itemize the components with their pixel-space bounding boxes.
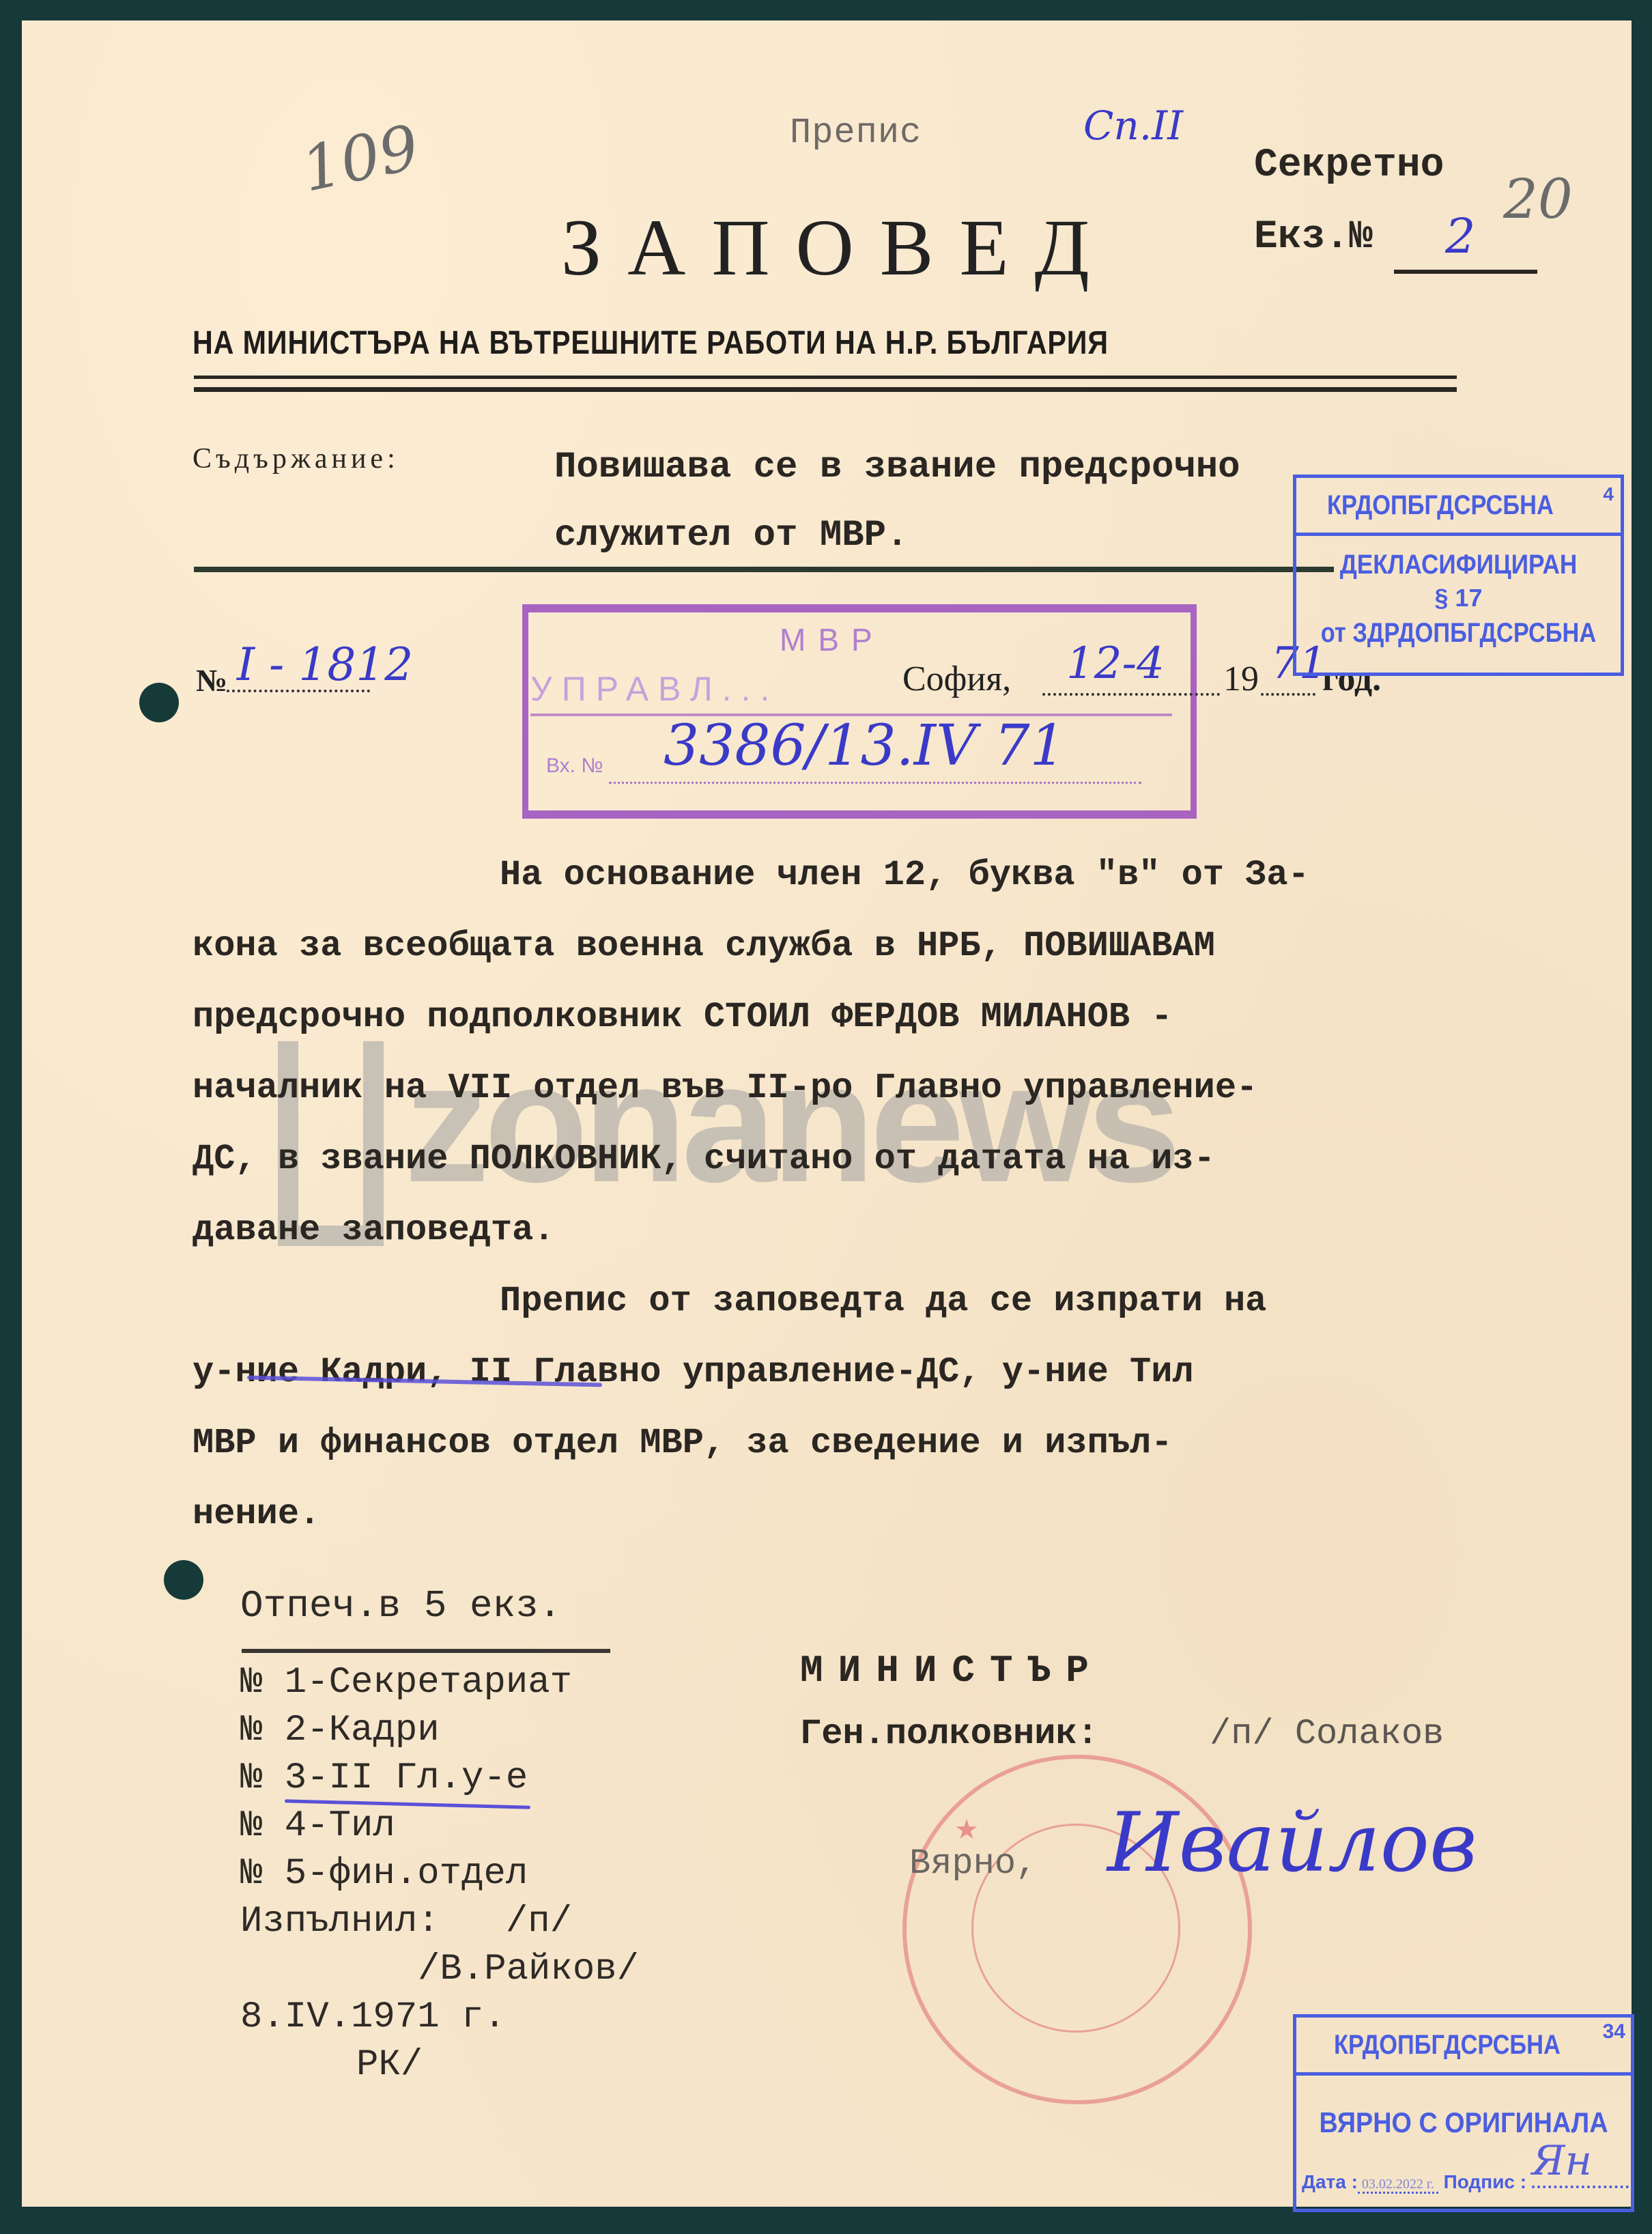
distribution-heading-underline [242, 1649, 610, 1653]
typist-initials: РК/ [240, 2041, 639, 2089]
declass-stamp-status: ДЕКЛАСИФИЦИРАН [1316, 550, 1601, 580]
place-label: София, [902, 659, 1011, 699]
verify-sign-dots [1532, 2186, 1634, 2188]
distribution-item: № 1-Секретариат [240, 1659, 639, 1707]
copy-number-underline [1394, 270, 1537, 274]
summary-label: Съдържание: [193, 442, 399, 475]
verify-signature: Ян [1532, 2137, 1592, 2185]
copy-number-label: Екз.№ [1254, 215, 1373, 259]
document-subtitle: НА МИНИСТЪРА НА ВЪТРЕШНИТЕ РАБОТИ НА Н.Р… [193, 324, 1109, 362]
registry-stamp-dots [609, 782, 1141, 784]
declass-stamp-law: от ЗДРДОПБГДСРСБНА [1319, 618, 1598, 649]
verify-sign-label: Подпис : [1444, 2171, 1526, 2192]
order-body: На основание член 12, буква "в" от За- к… [193, 840, 1626, 1550]
blue-annotation: Сп.II [1083, 102, 1183, 149]
body-p2-line: Препис от заповедта да се изпрати на [193, 1266, 1626, 1337]
pencil-annotation-109: 109 [296, 111, 425, 206]
order-number-value: I - 1812 [237, 638, 413, 691]
body-p1-line: началник на VII отдел във II-ро Главно у… [193, 1053, 1626, 1124]
verify-stamp-text: ВЯРНО С ОРИГИНАЛА [1313, 2106, 1614, 2139]
document-title: ЗАПОВЕД [561, 201, 1115, 294]
year-prefix: 19 [1223, 659, 1259, 699]
declass-stamp-code: КРДОПБГДСРСБНА [1327, 490, 1554, 521]
minister-signed: /п/ Солаков [1210, 1714, 1444, 1754]
minister-title: МИНИСТЪР [800, 1649, 1104, 1693]
copy-number-value: 2 [1445, 208, 1476, 264]
star-icon: ★ [954, 1813, 979, 1846]
distribution-list: № 1-Секретариат № 2-Кадри № 3-II Гл.у-е … [240, 1659, 639, 2089]
body-p1-line: кона за всеобщата военна служба в НРБ, П… [193, 911, 1626, 982]
distribution-item: № 5-фин.отдел [240, 1850, 639, 1898]
copy-mark: Препис [790, 113, 922, 153]
certified-label: Вярно, [909, 1843, 1037, 1884]
declass-stamp-number: 4 [1603, 483, 1614, 505]
punch-hole-bottom [164, 1560, 203, 1600]
verify-stamp-number: 34 [1603, 2020, 1625, 2044]
minister-rank: Ген.полковник: [800, 1714, 1098, 1754]
executed-by: Изпълнил: /п/ [240, 1898, 639, 1946]
header-rule-bottom [194, 387, 1457, 392]
body-p2-line: у-ние Кадри, II Главно управление-ДС, у-… [193, 1337, 1626, 1408]
year-dots [1261, 693, 1315, 696]
punch-hole-top [139, 683, 179, 722]
verify-stamp-code: КРДОПБГДСРСБНА [1334, 2030, 1561, 2061]
document-page: 109 20 Сп.II Препис Секретно Екз.№ 2 ЗАП… [22, 20, 1632, 2207]
registry-stamp-number-label: Вх. № [546, 754, 603, 778]
date-value: 12-4 [1066, 638, 1165, 689]
summary-text: Повишава се в звание предсрочно служител… [554, 434, 1240, 570]
executed-date: 8.IV.1971 г. [240, 1994, 639, 2041]
handwritten-signature: Ивайлов [1107, 1796, 1477, 1891]
registry-stamp-line2: УПРАВЛ... [530, 669, 779, 709]
verify-stamp-header: КРДОПБГДСРСБНА 34 [1296, 2018, 1631, 2076]
summary-line-1: Повишава се в звание предсрочно [554, 434, 1240, 502]
body-p2-line: нение. [193, 1479, 1626, 1550]
declass-stamp-header: КРДОПБГДСРСБНА 4 [1296, 478, 1621, 536]
registry-stamp-line1: МВР [780, 621, 885, 658]
pencil-annotation-20: 20 [1503, 167, 1573, 231]
summary-rule [194, 567, 1334, 572]
verification-stamp: КРДОПБГДСРСБНА 34 ВЯРНО С ОРИГИНАЛА Дата… [1293, 2014, 1634, 2212]
header-rule-top [194, 376, 1457, 379]
body-p1-line: На основание член 12, буква "в" от За- [193, 840, 1626, 911]
body-p1-line: ДС, в звание ПОЛКОВНИК, считано от датат… [193, 1124, 1626, 1195]
distribution-item: № 2-Кадри [240, 1707, 639, 1755]
executed-signature-mark: /п/ [506, 1901, 572, 1942]
distribution-heading: Отпеч.в 5 екз. [240, 1584, 561, 1628]
distribution-item: № 4-Тил [240, 1802, 639, 1850]
verify-date-value: 03.02.2022 г. [1358, 2177, 1438, 2194]
body-p1-line: даване заповедта. [193, 1195, 1626, 1266]
registry-stamp-number: 3386/13.IV 71 [664, 713, 1066, 778]
declassification-stamp: КРДОПБГДСРСБНА 4 ДЕКЛАСИФИЦИРАН § 17 от … [1293, 475, 1624, 676]
distribution-item: № 3-II Гл.у-е [240, 1755, 639, 1802]
body-p2-line: МВР и финансов отдел МВР, за сведение и … [193, 1408, 1626, 1479]
summary-line-2: служител от МВР. [554, 502, 1240, 570]
date-dots [1042, 693, 1220, 696]
verify-date-label: Дата : [1302, 2171, 1358, 2192]
body-p1-line: предсрочно подполковник СТОИЛ ФЕРДОВ МИЛ… [193, 982, 1626, 1053]
executed-name: /В.Райков/ [240, 1946, 639, 1994]
executed-label: Изпълнил: [240, 1901, 440, 1942]
classification-label: Секретно [1254, 143, 1444, 188]
order-number-label: № [196, 662, 227, 698]
declass-stamp-paragraph: § 17 [1296, 584, 1621, 612]
